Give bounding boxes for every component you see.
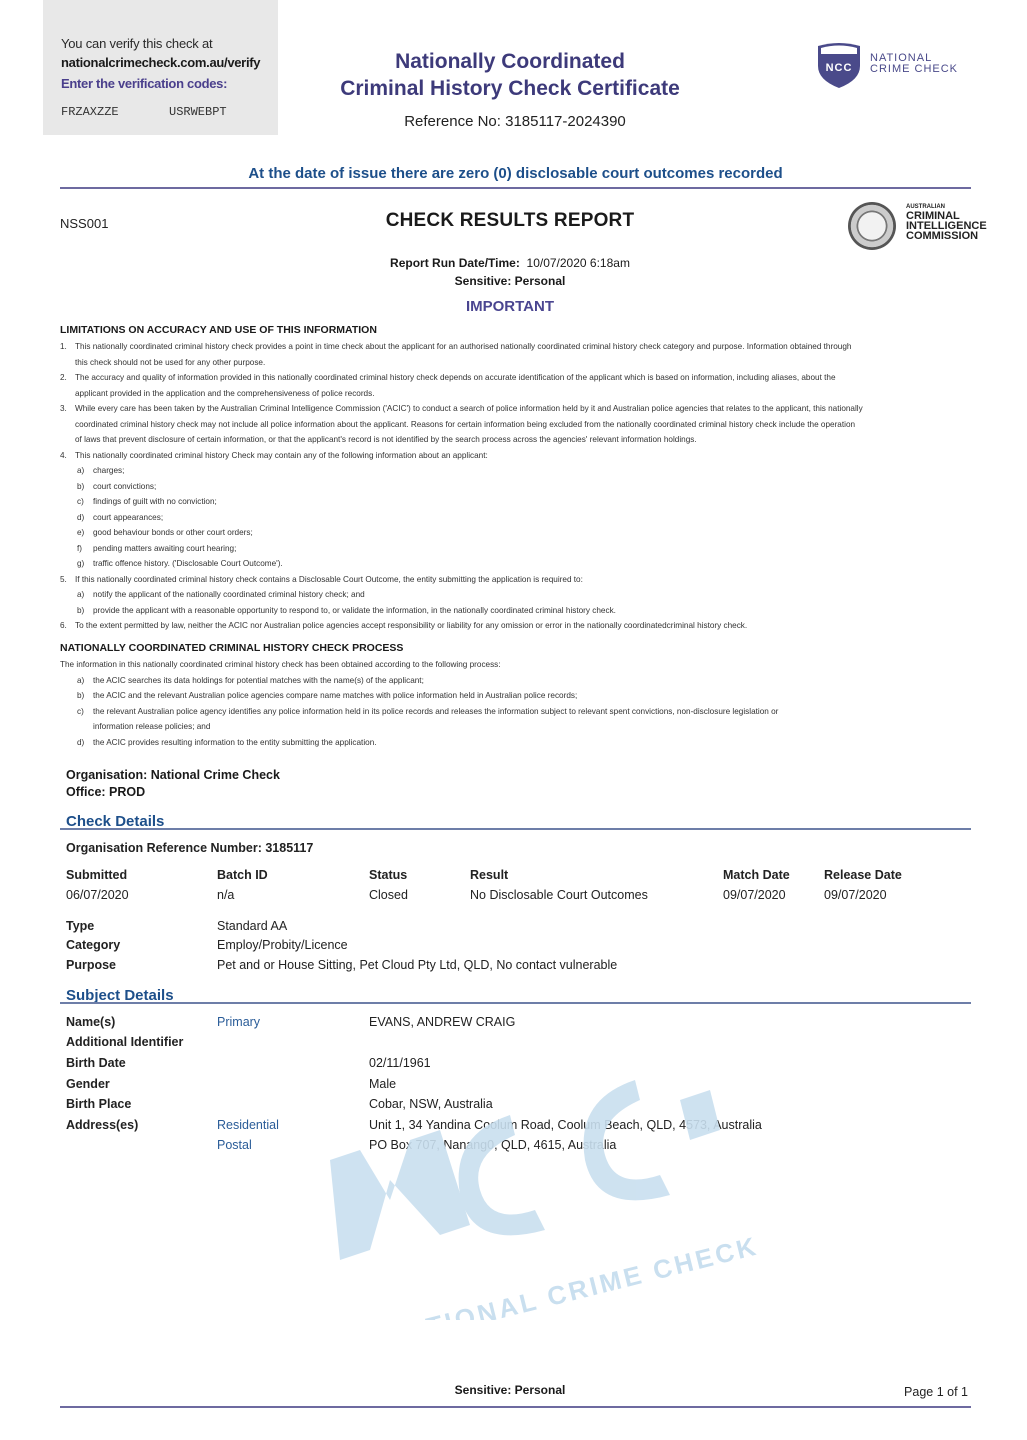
subject-value: EVANS, ANDREW CRAIG: [369, 1015, 515, 1029]
purpose-value: Pet and or House Sitting, Pet Cloud Pty …: [217, 958, 617, 972]
ncc-watermark: NATIONAL CRIME CHECK: [320, 1080, 780, 1320]
divider: [60, 828, 971, 830]
subitem-text: findings of guilt with no conviction;: [93, 497, 217, 506]
limitation-item: 4.This nationally coordinated criminal h…: [60, 448, 970, 464]
column-header: Status: [369, 868, 407, 882]
verification-box: You can verify this check at nationalcri…: [43, 0, 278, 135]
type-value: Standard AA: [217, 919, 287, 933]
subitem-letter: c): [77, 494, 84, 510]
subitem-text: provide the applicant with a reasonable …: [93, 606, 616, 615]
subitem-letter: g): [77, 556, 84, 572]
limitation-subitem: b)court convictions;: [60, 479, 970, 495]
subject-qualifier: Primary: [217, 1015, 260, 1029]
item-text-continued: of laws that prevent disclosure of certa…: [60, 432, 970, 448]
subitem-text: notify the applicant of the nationally c…: [93, 590, 365, 599]
limitations-heading: LIMITATIONS ON ACCURACY AND USE OF THIS …: [60, 324, 377, 336]
process-list: The information in this nationally coord…: [60, 657, 970, 750]
limitation-subitem: f)pending matters awaiting court hearing…: [60, 541, 970, 557]
item-text-continued: this check should not be used for any ot…: [60, 355, 970, 371]
subitem-text: court convictions;: [93, 482, 156, 491]
ncc-logo: NCC NATIONAL CRIME CHECK: [814, 42, 974, 90]
column-value: n/a: [217, 888, 234, 902]
limitation-item: 2.The accuracy and quality of informatio…: [60, 370, 970, 386]
verification-code-2: USRWEBPT: [169, 105, 227, 119]
limitation-subitem: a)notify the applicant of the nationally…: [60, 587, 970, 603]
acic-seal-icon: [848, 202, 896, 250]
step-text: the ACIC provides resulting information …: [93, 738, 377, 747]
ncc-shield-icon: NCC: [816, 42, 862, 88]
subject-value: 02/11/1961: [369, 1056, 431, 1070]
subject-label: Address(es): [66, 1118, 138, 1132]
column-header: Match Date: [723, 868, 790, 882]
subitem-text: charges;: [93, 466, 124, 475]
verify-intro: You can verify this check at: [61, 36, 212, 51]
step-letter: a): [77, 673, 84, 689]
report-title: CHECK RESULTS REPORT: [300, 210, 720, 232]
limitation-subitem: c)findings of guilt with no conviction;: [60, 494, 970, 510]
item-text: The accuracy and quality of information …: [75, 373, 836, 382]
subitem-text: good behaviour bonds or other court orde…: [93, 528, 253, 537]
subject-label: Gender: [66, 1077, 110, 1091]
subject-label: Name(s): [66, 1015, 115, 1029]
important-heading: IMPORTANT: [300, 298, 720, 315]
footer-divider: [60, 1406, 971, 1408]
reference-number: Reference No: 3185117-2024390: [300, 113, 730, 130]
subitem-letter: a): [77, 463, 84, 479]
limitation-item: 5.If this nationally coordinated crimina…: [60, 572, 970, 588]
subitem-letter: a): [77, 587, 84, 603]
process-step: a)the ACIC searches its data holdings fo…: [60, 673, 970, 689]
limitation-item: 3.While every care has been taken by the…: [60, 401, 970, 417]
divider: [60, 187, 971, 189]
item-text: While every care has been taken by the A…: [75, 404, 863, 413]
limitation-subitem: g)traffic offence history. ('Disclosable…: [60, 556, 970, 572]
organisation-name: Organisation: National Crime Check: [66, 767, 280, 784]
limitation-item: 1.This nationally coordinated criminal h…: [60, 339, 970, 355]
svg-text:NCC: NCC: [826, 62, 853, 74]
step-letter: d): [77, 735, 84, 751]
org-reference-number: Organisation Reference Number: 3185117: [66, 841, 313, 855]
divider: [60, 1002, 971, 1004]
item-number: 3.: [60, 401, 67, 417]
limitations-list: 1.This nationally coordinated criminal h…: [60, 339, 970, 634]
process-intro: The information in this nationally coord…: [60, 657, 970, 673]
item-text: To the extent permitted by law, neither …: [75, 621, 747, 630]
acic-logo: AUSTRALIAN CRIMINAL INTELLIGENCE COMMISS…: [848, 200, 978, 254]
verify-prompt: Enter the verification codes:: [61, 76, 227, 91]
step-letter: c): [77, 704, 84, 720]
title-line-1: Nationally Coordinated: [300, 48, 720, 75]
process-step: d)the ACIC provides resulting informatio…: [60, 735, 970, 751]
process-heading: NATIONALLY COORDINATED CRIMINAL HISTORY …: [60, 642, 403, 654]
limitation-subitem: e)good behaviour bonds or other court or…: [60, 525, 970, 541]
column-value: 09/07/2020: [824, 888, 887, 902]
step-text: the ACIC and the relevant Australian pol…: [93, 691, 577, 700]
purpose-label: Purpose: [66, 958, 116, 972]
subitem-text: pending matters awaiting court hearing;: [93, 544, 236, 553]
column-value: Closed: [369, 888, 408, 902]
subitem-text: court appearances;: [93, 513, 163, 522]
subject-qualifier: Residential: [217, 1118, 279, 1132]
limitation-subitem: d)court appearances;: [60, 510, 970, 526]
subitem-text: traffic offence history. ('Disclosable C…: [93, 559, 283, 568]
item-number: 6.: [60, 618, 67, 634]
verify-url[interactable]: nationalcrimecheck.com.au/verify: [61, 55, 260, 70]
subject-qualifier: Postal: [217, 1138, 252, 1152]
column-value: 09/07/2020: [723, 888, 786, 902]
subitem-letter: b): [77, 603, 84, 619]
page-number: Page 1 of 1: [880, 1385, 968, 1399]
process-step: b)the ACIC and the relevant Australian p…: [60, 688, 970, 704]
item-number: 5.: [60, 572, 67, 588]
item-text: If this nationally coordinated criminal …: [75, 575, 583, 584]
subitem-letter: b): [77, 479, 84, 495]
svg-text:NATIONAL CRIME CHECK: NATIONAL CRIME CHECK: [383, 1230, 761, 1320]
column-header: Release Date: [824, 868, 902, 882]
subitem-letter: d): [77, 510, 84, 526]
item-number: 1.: [60, 339, 67, 355]
sensitivity-label: Sensitive: Personal: [300, 274, 720, 288]
item-text: This nationally coordinated criminal his…: [75, 342, 851, 351]
subject-value: Cobar, NSW, Australia: [369, 1097, 493, 1111]
step-text: the ACIC searches its data holdings for …: [93, 676, 424, 685]
office-name: Office: PROD: [66, 784, 280, 801]
step-letter: b): [77, 688, 84, 704]
zero-outcomes-banner: At the date of issue there are zero (0) …: [60, 165, 971, 182]
item-number: 4.: [60, 448, 67, 464]
column-header: Submitted: [66, 868, 127, 882]
footer-sensitivity: Sensitive: Personal: [300, 1383, 720, 1397]
title-line-2: Criminal History Check Certificate: [300, 75, 720, 102]
column-header: Batch ID: [217, 868, 268, 882]
subitem-letter: e): [77, 525, 84, 541]
category-label: Category: [66, 938, 120, 952]
report-run-datetime: Report Run Date/Time: 10/07/2020 6:18am: [300, 256, 720, 270]
step-text-continued: information release policies; and: [60, 719, 970, 735]
type-label: Type: [66, 919, 94, 933]
column-value: 06/07/2020: [66, 888, 129, 902]
item-number: 2.: [60, 370, 67, 386]
subject-label: Birth Date: [66, 1056, 126, 1070]
organisation-info: Organisation: National Crime Check Offic…: [66, 767, 280, 801]
ncc-logo-text: NATIONAL CRIME CHECK: [870, 53, 958, 75]
subject-value: Male: [369, 1077, 396, 1091]
subject-value: PO Box 707, Nanang0, QLD, 4615, Australi…: [369, 1138, 616, 1152]
item-text: This nationally coordinated criminal his…: [75, 451, 488, 460]
process-step: c)the relevant Australian police agency …: [60, 704, 970, 720]
limitation-subitem: a)charges;: [60, 463, 970, 479]
column-header: Result: [470, 868, 508, 882]
subject-label: Birth Place: [66, 1097, 131, 1111]
item-text-continued: applicant provided in the application an…: [60, 386, 970, 402]
report-code: NSS001: [60, 216, 108, 231]
subitem-letter: f): [77, 541, 82, 557]
limitation-item: 6.To the extent permitted by law, neithe…: [60, 618, 970, 634]
category-value: Employ/Probity/Licence: [217, 938, 348, 952]
subject-label: Additional Identifier: [66, 1035, 183, 1049]
item-text-continued: coordinated criminal history check may n…: [60, 417, 970, 433]
subject-value: Unit 1, 34 Yandina Coolum Road, Coolum B…: [369, 1118, 762, 1132]
verification-code-1: FRZAXZZE: [61, 105, 119, 119]
column-value: No Disclosable Court Outcomes: [470, 888, 648, 902]
step-text: the relevant Australian police agency id…: [93, 707, 778, 716]
certificate-title: Nationally Coordinated Criminal History …: [300, 48, 720, 102]
limitation-subitem: b)provide the applicant with a reasonabl…: [60, 603, 970, 619]
